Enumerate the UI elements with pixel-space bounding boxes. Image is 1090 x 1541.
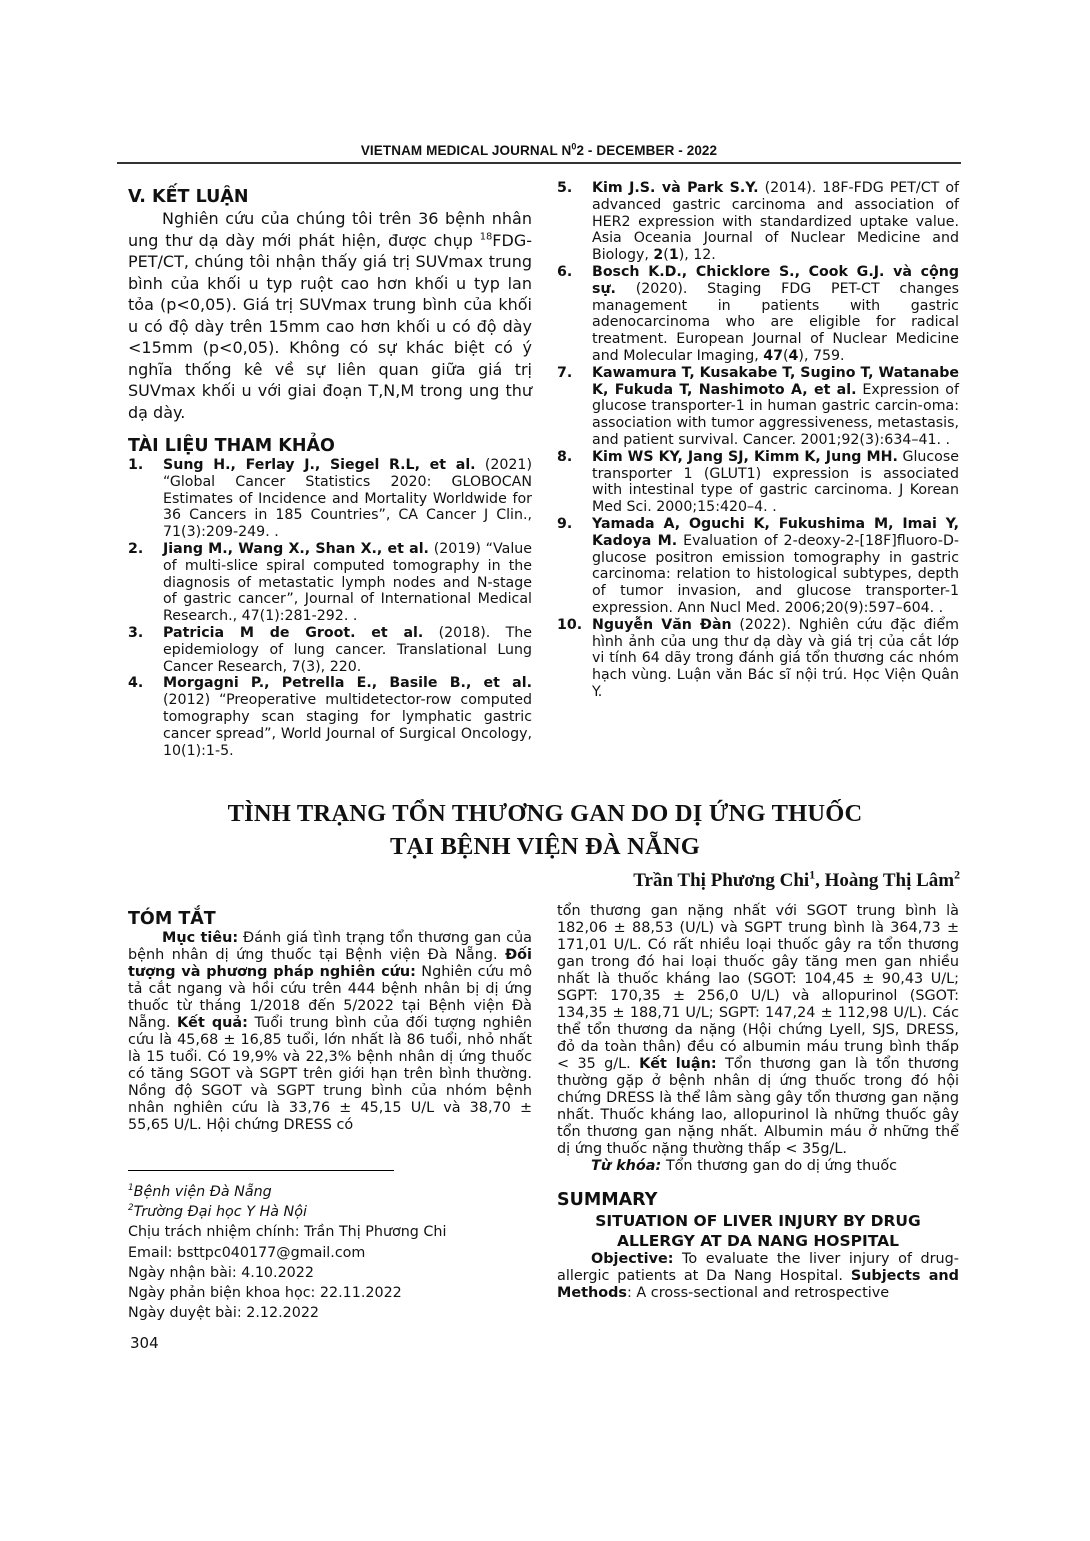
reference-number: 6.: [557, 264, 572, 281]
reference-item: 9.Yamada A, Oguchi K, Fukushima M, Imai …: [557, 516, 959, 617]
summary-objective-label: Objective:: [591, 1251, 673, 1267]
reference-item: 10.Nguyễn Văn Đàn (2022). Nghiên cứu đặc…: [557, 617, 959, 701]
left-column-top: V. KẾT LUẬN Nghiên cứu của chúng tôi trê…: [128, 186, 532, 759]
abstract-heading: TÓM TẮT: [128, 908, 532, 930]
reference-item: 4.Morgagni P., Petrella E., Basile B., e…: [128, 675, 532, 759]
article-authors: Trần Thị Phương Chi1, Hoàng Thị Lâm2: [633, 870, 960, 892]
reference-item: 1.Sung H., Ferlay J., Siegel R.L, et al.…: [128, 457, 532, 541]
reference-number: 1.: [128, 457, 143, 474]
summary-title-line-1: SITUATION OF LIVER INJURY BY DRUG: [557, 1211, 959, 1231]
abstract-paragraph: Mục tiêu: Đánh giá tình trạng tổn thương…: [128, 930, 532, 1134]
reference-text: (2012) “Preoperative multidetector-row c…: [163, 692, 532, 758]
reference-item: 8.Kim WS KY, Jang SJ, Kimm K, Jung MH. G…: [557, 449, 959, 516]
reference-number: 5.: [557, 180, 572, 197]
right-column-top: 5.Kim J.S. và Park S.Y. (2014). 18F-FDG …: [557, 180, 959, 701]
affiliation-1: 1Bệnh viện Đà Nẵng: [128, 1182, 548, 1202]
reference-item: 3.Patricia M de Groot. et al. (2018). Th…: [128, 625, 532, 675]
results-text: Tuổi trung bình của đối tượng nghiên cứu…: [128, 1015, 532, 1133]
article-title: TÌNH TRẠNG TỔN THƯƠNG GAN DO DỊ ỨNG THUỐ…: [120, 797, 970, 863]
results-label: Kết quả:: [177, 1015, 248, 1031]
reference-authors: Kim J.S. và Park S.Y.: [592, 180, 759, 196]
author-2-affiliation: 2: [954, 869, 960, 882]
abstract-continuation: tổn thương gan nặng nhất với SGOT trung …: [557, 903, 959, 1158]
keywords: Từ khóa: Tổn thương gan do dị ứng thuốc: [557, 1158, 959, 1175]
reference-list-right: 5.Kim J.S. và Park S.Y. (2014). 18F-FDG …: [557, 180, 959, 701]
journal-name: VIETNAM MEDICAL JOURNAL N: [361, 143, 572, 158]
reference-authors: Jiang M., Wang X., Shan X., et al.: [163, 541, 429, 557]
reference-number: 7.: [557, 365, 572, 382]
keywords-text: Tổn thương gan do dị ứng thuốc: [661, 1158, 897, 1174]
reference-volume: 47: [763, 348, 783, 364]
reference-authors: Sung H., Ferlay J., Siegel R.L, et al.: [163, 457, 476, 473]
isotope-superscript: 18: [480, 231, 493, 242]
reference-number: 4.: [128, 675, 143, 692]
conclusion-label: Kết luận:: [639, 1056, 717, 1072]
conclusion-heading: V. KẾT LUẬN: [128, 186, 532, 208]
keywords-label: Từ khóa:: [591, 1158, 661, 1174]
affiliation-1-text: Bệnh viện Đà Nẵng: [134, 1184, 272, 1200]
reference-item: 5.Kim J.S. và Park S.Y. (2014). 18F-FDG …: [557, 180, 959, 264]
affiliation-2: 2Trường Đại học Y Hà Nội: [128, 1202, 548, 1222]
reference-number: 2.: [128, 541, 143, 558]
summary-title-line-2: ALLERGY AT DA NANG HOSPITAL: [557, 1231, 959, 1251]
article-title-line-1: TÌNH TRẠNG TỔN THƯƠNG GAN DO DỊ ỨNG THUỐ…: [120, 797, 970, 830]
reference-number: 8.: [557, 449, 572, 466]
reference-number: 9.: [557, 516, 572, 533]
reference-item: 7.Kawamura T, Kusakabe T, Sugino T, Wata…: [557, 365, 959, 449]
reference-list-left: 1.Sung H., Ferlay J., Siegel R.L, et al.…: [128, 457, 532, 759]
summary-methods-text: : A cross-sectional and retrospective: [627, 1285, 889, 1301]
page-number: 304: [130, 1334, 159, 1352]
reference-authors: Morgagni P., Petrella E., Basile B., et …: [163, 675, 532, 691]
references-heading: TÀI LIỆU THAM KHẢO: [128, 435, 532, 457]
conclusion-text-a: Nghiên cứu của chúng tôi trên 36 bệnh nh…: [128, 209, 532, 250]
reference-pages: ), 12.: [679, 247, 716, 263]
author-2: Hoàng Thị Lâm: [825, 870, 955, 891]
reference-number: 3.: [128, 625, 143, 642]
journal-header: VIETNAM MEDICAL JOURNAL N02 - DECEMBER -…: [118, 143, 960, 158]
objective-label: Mục tiêu:: [162, 930, 238, 946]
right-column-abstract: tổn thương gan nặng nhất với SGOT trung …: [557, 903, 959, 1302]
received-date: Ngày nhận bài: 4.10.2022: [128, 1263, 548, 1283]
reference-item: 2.Jiang M., Wang X., Shan X., et al. (20…: [128, 541, 532, 625]
reference-authors: Kim WS KY, Jang SJ, Kimm K, Jung MH.: [592, 449, 898, 465]
reference-number: 10.: [557, 617, 582, 634]
results-text-continued: tổn thương gan nặng nhất với SGOT trung …: [557, 903, 959, 1072]
article-title-line-2: TẠI BỆNH VIỆN ĐÀ NẴNG: [120, 830, 970, 863]
affiliation-2-text: Trường Đại học Y Hà Nội: [134, 1204, 307, 1220]
reference-pages: ), 759.: [798, 348, 844, 364]
reference-issue: 4: [789, 348, 799, 364]
footnotes: 1Bệnh viện Đà Nẵng 2Trường Đại học Y Hà …: [128, 1182, 548, 1323]
author-1: Trần Thị Phương Chi: [633, 870, 809, 891]
reference-issue: 1: [669, 247, 679, 263]
left-column-abstract: TÓM TẮT Mục tiêu: Đánh giá tình trạng tổ…: [128, 908, 532, 1134]
reviewed-date: Ngày phản biện khoa học: 22.11.2022: [128, 1283, 548, 1303]
summary-paragraph: Objective: To evaluate the liver injury …: [557, 1251, 959, 1302]
reference-item: 6.Bosch K.D., Chicklore S., Cook G.J. và…: [557, 264, 959, 365]
author-separator: ,: [815, 870, 825, 891]
header-rule: [117, 162, 961, 164]
summary-heading: SUMMARY: [557, 1189, 959, 1211]
footnote-rule: [128, 1170, 394, 1171]
accepted-date: Ngày duyệt bài: 2.12.2022: [128, 1303, 548, 1323]
reference-volume: 2: [653, 247, 663, 263]
reference-authors: Nguyễn Văn Đàn: [592, 617, 732, 633]
conclusion-paragraph: Nghiên cứu của chúng tôi trên 36 bệnh nh…: [128, 208, 532, 423]
conclusion-text-b: FDG-PET/CT, chúng tôi nhận thấy giá trị …: [128, 231, 532, 422]
contact-email: Email: bsttpc040177@gmail.com: [128, 1243, 548, 1263]
reference-authors: Patricia M de Groot. et al.: [163, 625, 423, 641]
journal-issue-date: 2 - DECEMBER - 2022: [576, 143, 717, 158]
corresponding-author: Chịu trách nhiệm chính: Trần Thị Phương …: [128, 1222, 548, 1242]
